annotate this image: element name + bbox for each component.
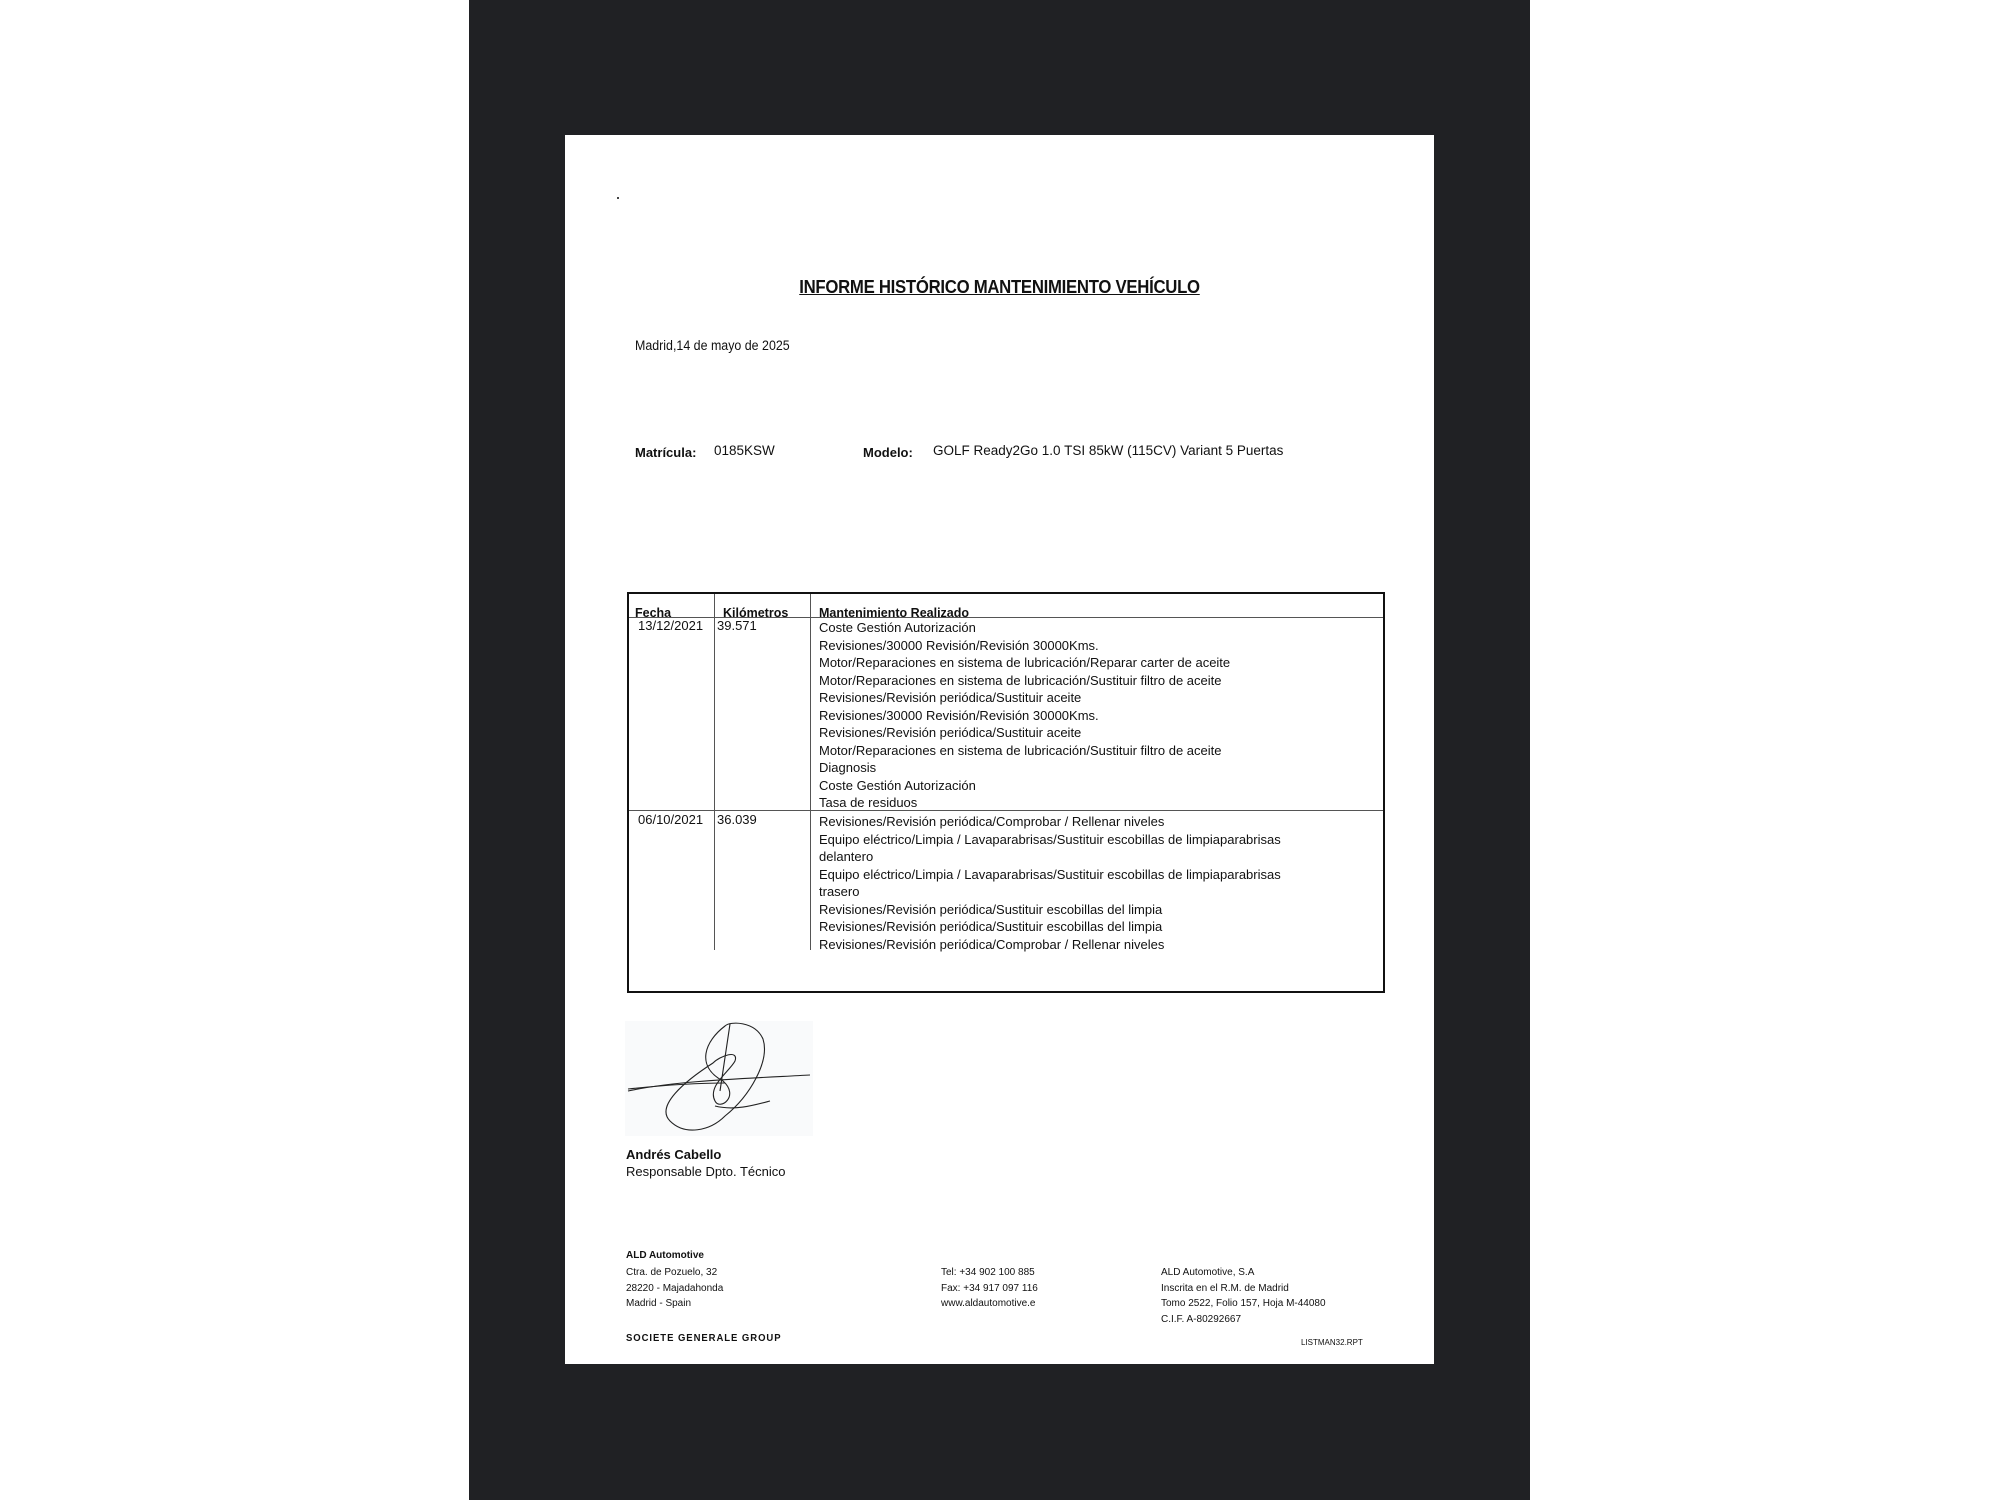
column-divider-2 bbox=[810, 594, 811, 950]
report-title: INFORME HISTÓRICO MANTENIMIENTO VEHÍCULO bbox=[595, 277, 1403, 298]
model-value: GOLF Ready2Go 1.0 TSI 85kW (115CV) Varia… bbox=[933, 443, 1283, 458]
row-2-km: 36.039 bbox=[717, 811, 757, 829]
list-line: C.I.F. A-80292667 bbox=[1161, 1312, 1326, 1328]
row-1-items: Coste Gestión AutorizaciónRevisiones/300… bbox=[819, 619, 1230, 812]
list-line: Coste Gestión Autorización bbox=[819, 619, 1230, 637]
footer-contact: Tel: +34 902 100 885Fax: +34 917 097 116… bbox=[941, 1265, 1038, 1312]
scan-artifact-dot bbox=[617, 197, 619, 199]
list-line: www.aldautomotive.e bbox=[941, 1296, 1038, 1312]
list-line: Diagnosis bbox=[819, 759, 1230, 777]
list-line: ALD Automotive, S.A bbox=[1161, 1265, 1326, 1281]
list-line: Tomo 2522, Folio 157, Hoja M-44080 bbox=[1161, 1296, 1326, 1312]
plate-value: 0185KSW bbox=[714, 443, 775, 458]
column-divider-1 bbox=[714, 594, 715, 950]
plate-label: Matrícula: bbox=[635, 445, 696, 460]
list-line: trasero bbox=[819, 883, 1281, 901]
list-line: Revisiones/Revisión periódica/Sustituir … bbox=[819, 901, 1281, 919]
list-line: Motor/Reparaciones en sistema de lubrica… bbox=[819, 654, 1230, 672]
maintenance-table: Fecha Kilómetros Mantenimiento Realizado… bbox=[627, 592, 1385, 993]
list-line: delantero bbox=[819, 848, 1281, 866]
list-line: Tel: +34 902 100 885 bbox=[941, 1265, 1038, 1281]
list-line: Tasa de residuos bbox=[819, 794, 1230, 812]
signatory-name: Andrés Cabello bbox=[626, 1147, 721, 1162]
footer-report-code: LISTMAN32.RPT bbox=[1301, 1338, 1363, 1347]
list-line: 28220 - Majadahonda bbox=[626, 1281, 723, 1297]
model-label: Modelo: bbox=[863, 445, 913, 460]
list-line: Revisiones/Revisión periódica/Sustituir … bbox=[819, 918, 1281, 936]
row-1-km: 39.571 bbox=[717, 617, 757, 635]
list-line: Ctra. de Pozuelo, 32 bbox=[626, 1265, 723, 1281]
footer-legal: ALD Automotive, S.AInscrita en el R.M. d… bbox=[1161, 1265, 1326, 1327]
footer-company: ALD Automotive bbox=[626, 1250, 704, 1261]
row-2-items: Revisiones/Revisión periódica/Comprobar … bbox=[819, 813, 1281, 953]
footer-address: Ctra. de Pozuelo, 3228220 - MajadahondaM… bbox=[626, 1265, 723, 1312]
list-line: Motor/Reparaciones en sistema de lubrica… bbox=[819, 742, 1230, 760]
row-1-fecha: 13/12/2021 bbox=[638, 617, 703, 635]
list-line: Revisiones/Revisión periódica/Comprobar … bbox=[819, 936, 1281, 954]
report-date: Madrid,14 de mayo de 2025 bbox=[635, 338, 790, 353]
footer-group-logo: SOCIETE GENERALE GROUP bbox=[626, 1333, 782, 1344]
list-line: Fax: +34 917 097 116 bbox=[941, 1281, 1038, 1297]
signature-scribble-icon bbox=[625, 1021, 813, 1136]
list-line: Revisiones/Revisión periódica/Sustituir … bbox=[819, 724, 1230, 742]
list-line: Inscrita en el R.M. de Madrid bbox=[1161, 1281, 1326, 1297]
list-line: Revisiones/Revisión periódica/Sustituir … bbox=[819, 689, 1230, 707]
list-line: Revisiones/Revisión periódica/Comprobar … bbox=[819, 813, 1281, 831]
list-line: Revisiones/30000 Revisión/Revisión 30000… bbox=[819, 637, 1230, 655]
list-line: Madrid - Spain bbox=[626, 1296, 723, 1312]
list-line: Coste Gestión Autorización bbox=[819, 777, 1230, 795]
list-line: Motor/Reparaciones en sistema de lubrica… bbox=[819, 672, 1230, 690]
signatory-role: Responsable Dpto. Técnico bbox=[626, 1164, 785, 1179]
list-line: Equipo eléctrico/Limpia / Lavaparabrisas… bbox=[819, 866, 1281, 884]
list-line: Revisiones/30000 Revisión/Revisión 30000… bbox=[819, 707, 1230, 725]
row-2-fecha: 06/10/2021 bbox=[638, 811, 703, 829]
list-line: Equipo eléctrico/Limpia / Lavaparabrisas… bbox=[819, 831, 1281, 849]
signature-image bbox=[625, 1021, 813, 1136]
document-page: INFORME HISTÓRICO MANTENIMIENTO VEHÍCULO… bbox=[565, 135, 1434, 1364]
